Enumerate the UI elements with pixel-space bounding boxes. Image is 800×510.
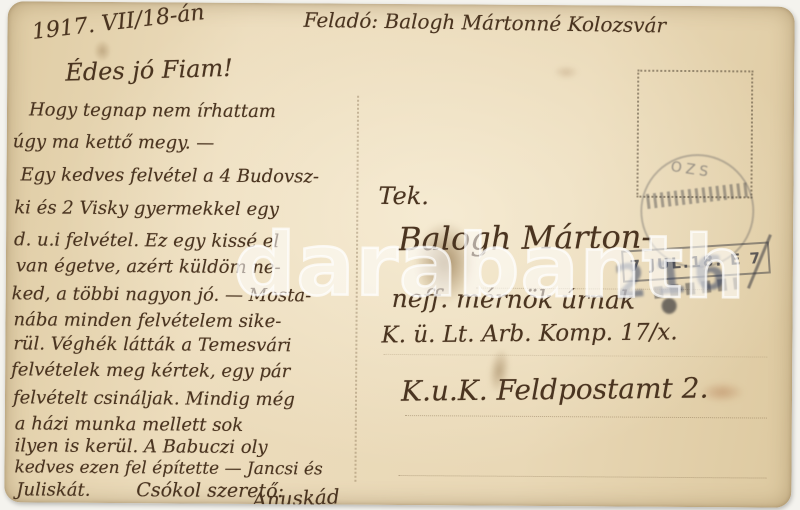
message-line: van égetve, azért küldöm ne- bbox=[16, 255, 281, 278]
message-line: kedves ezen fel építette — Jancsi és bbox=[14, 457, 322, 479]
address-unit-line: K. ü. Lt. Arb. Komp. 17/x. bbox=[381, 319, 677, 348]
salutation: Édes jó Fiam! bbox=[65, 54, 233, 87]
censor-blue-mark: 216 bbox=[612, 244, 737, 309]
paper-stain bbox=[553, 65, 579, 79]
handwritten-date: 1917. VII/18-án bbox=[31, 1, 206, 45]
message-line: úgy ma kettő megy. — bbox=[13, 131, 215, 153]
message-line: Egy kedves felvétel a 4 Budovsz- bbox=[20, 164, 319, 187]
address-honorific: Tek. bbox=[378, 182, 429, 210]
address-dotted-line bbox=[383, 354, 767, 358]
message-line: a házi munka mellett sok bbox=[15, 413, 244, 436]
scanned-postcard-photo: 1917. VII/18-án Feladó: Balogh Mártonné … bbox=[0, 0, 800, 510]
message-line: nába minden felvételem sike- bbox=[13, 309, 281, 332]
message-line: Juliskát. bbox=[16, 479, 90, 501]
postcard-back: 1917. VII/18-án Feladó: Balogh Mártonné … bbox=[4, 1, 794, 507]
sender-line: Feladó: Balogh Mártonné Kolozsvár bbox=[303, 8, 666, 38]
message-line: ked, a többi nagyon jó. — Mosta- bbox=[12, 283, 312, 306]
message-line: felvételek meg kértek, egy pár bbox=[11, 359, 290, 382]
postcard-divider-line bbox=[354, 96, 359, 482]
message-line: rül. Véghék látták a Temesvári bbox=[13, 333, 291, 356]
message-line: d. u.i felvétel. Ez egy kissé el bbox=[14, 229, 279, 252]
address-dotted-line bbox=[398, 475, 766, 479]
message-line: Hogy tegnap nem írhattam bbox=[29, 99, 276, 122]
address-name-line2: neff. mérnök úrnak bbox=[392, 284, 636, 315]
address-fieldpost-line: K.u.K. Feldpostamt 2. bbox=[401, 371, 709, 407]
message-line: felvételt csináljak. Mindig még bbox=[13, 387, 295, 410]
address-dotted-line bbox=[405, 415, 767, 419]
address-name-line1: Balogh Márton- bbox=[398, 218, 652, 259]
message-line: ilyen is kerül. A Babuczi oly bbox=[15, 435, 268, 458]
signature: Anuskád bbox=[252, 484, 340, 507]
message-line: ki és 2 Visky gyermekkel egy bbox=[14, 197, 279, 220]
